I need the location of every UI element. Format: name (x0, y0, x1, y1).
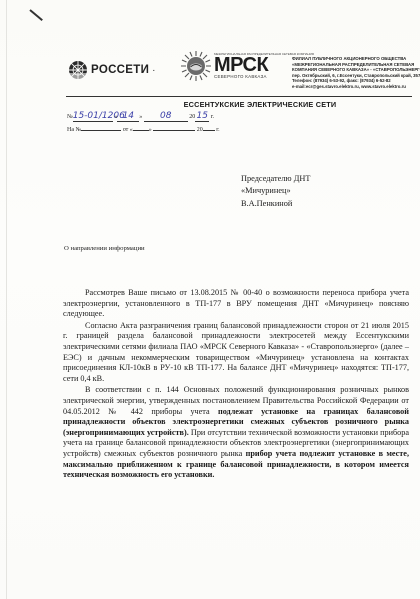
org-email: e-mail:ecr@ges.stavro.elektro.ru, www.st… (292, 84, 420, 90)
outgoing-month: 08 (144, 112, 188, 122)
reply-number-blank (81, 124, 121, 131)
outgoing-reference: №15-01/1206 «14» 08 2015 г. (67, 112, 214, 122)
reply-year-unit: г. (216, 127, 219, 133)
outgoing-year: 15 (195, 112, 209, 122)
page-edge-shadow (6, 0, 7, 599)
reply-close-quote: » (149, 127, 152, 133)
mrsk-subtitle: СЕВЕРНОГО КАВКАЗА (214, 74, 267, 80)
org-line: КОМПАНИЯ СЕВЕРНОГО КАВКАЗА» - «СТАВРОПОЛ… (292, 67, 420, 73)
reply-year-blank (203, 124, 215, 131)
letter-body: Рассмотрев Ваше письмо от 13.08.2015 № 0… (63, 288, 409, 482)
reply-label: На № (67, 127, 81, 133)
document-page: РОССЕТИ · МЕЖРЕГИОНАЛЬНАЯ РАСПРЕДЕЛИТЕЛЬ… (0, 0, 420, 599)
outgoing-number: 15-01/1206 (73, 112, 113, 122)
outgoing-day: 14 (117, 112, 139, 122)
close-quote: » (139, 114, 142, 120)
addressee-block: Председателю ДНТ «Мичуринец» В.А.Пенкино… (241, 173, 310, 210)
incoming-reference: На № от «» 20 г. (67, 124, 220, 133)
reply-month-blank (153, 124, 195, 131)
rosseti-logo: РОССЕТИ · (68, 60, 155, 80)
mrsk-sun-icon (180, 50, 212, 82)
year-unit: г. (211, 114, 214, 120)
organization-details: ФИЛИАЛ ПУБЛИЧНОГО АКЦИОНЕРНОГО ОБЩЕСТВА … (292, 56, 420, 90)
from-label: от « (123, 127, 133, 133)
header-divider (66, 96, 412, 97)
department-title: ЕССЕНТУКСКИЕ ЭЛЕКТРИЧЕСКИЕ СЕТИ (0, 100, 420, 109)
body-paragraph-2: Согласно Акта разграничения границ балан… (63, 321, 409, 385)
letter-subject: О направлении информации (64, 245, 145, 252)
addressee-title: Председателю ДНТ (241, 173, 310, 185)
org-line: ФИЛИАЛ ПУБЛИЧНОГО АКЦИОНЕРНОГО ОБЩЕСТВА (292, 56, 420, 62)
addressee-name: В.А.Пенкиной (241, 198, 310, 210)
rosseti-globe-icon (68, 60, 88, 80)
body-paragraph-1: Рассмотрев Ваше письмо от 13.08.2015 № 0… (63, 288, 409, 320)
mrsk-label: МРСК (214, 56, 268, 74)
addressee-organization: «Мичуринец» (241, 185, 310, 197)
rosseti-dot: · (152, 65, 155, 76)
reply-day-blank (133, 124, 149, 131)
body-paragraph-3: В соответствии с п. 144 Основных положен… (63, 385, 409, 480)
scan-mark (29, 9, 43, 21)
rosseti-label: РОССЕТИ (91, 64, 149, 76)
letterhead: РОССЕТИ · МЕЖРЕГИОНАЛЬНАЯ РАСПРЕДЕЛИТЕЛЬ… (68, 56, 412, 96)
